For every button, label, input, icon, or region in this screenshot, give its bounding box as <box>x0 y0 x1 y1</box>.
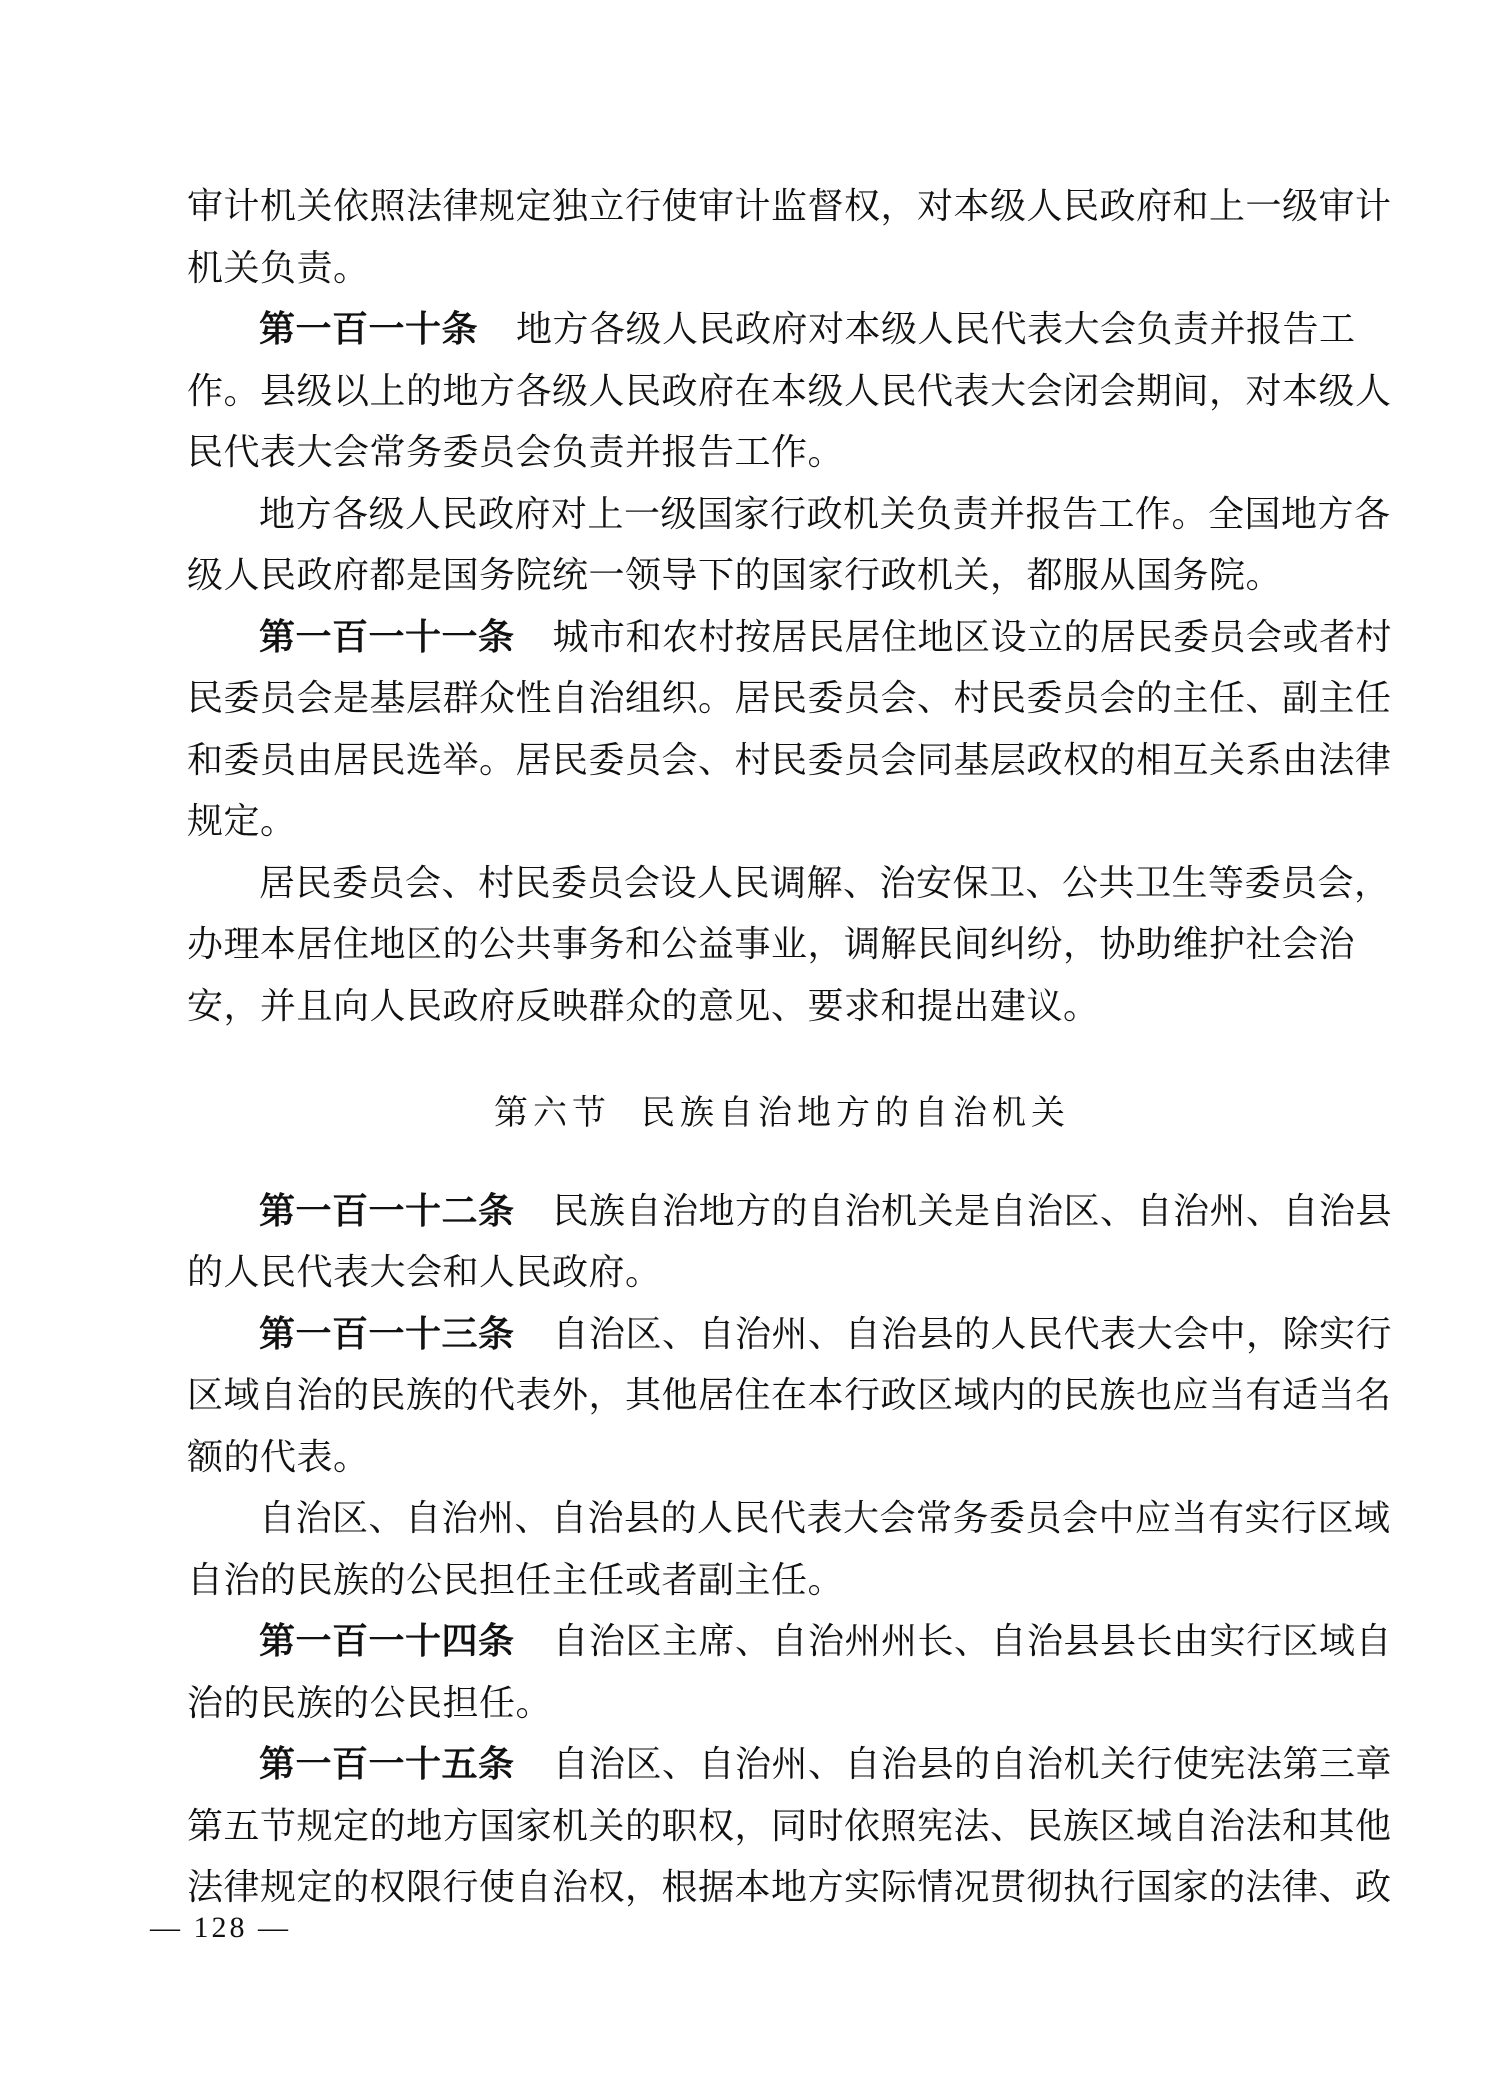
paragraph-line: 作。县级以上的地方各级人民政府在本级人民代表大会闭会期间，对本级人 <box>187 361 1377 423</box>
paragraph-line: 自治区、自治州、自治县的人民代表大会常务委员会中应当有实行区域 <box>187 1488 1377 1550</box>
paragraph-line: 第一百一十条地方各级人民政府对本级人民代表大会负责并报告工 <box>187 299 1377 361</box>
line-text: 地方各级人民政府对上一级国家行政机关负责并报告工作。全国地方各 <box>259 494 1391 534</box>
paragraph-line: 第一百一十一条城市和农村按居民居住地区设立的居民委员会或者村 <box>187 607 1377 669</box>
line-text: 自治区、自治州、自治县的人民代表大会中，除实行 <box>553 1314 1393 1354</box>
paragraph-line: 办理本居住地区的公共事务和公益事业，调解民间纠纷，协助维护社会治 <box>187 914 1377 976</box>
line-text: 治的民族的公民担任。 <box>187 1683 552 1723</box>
article-number: 第一百一十五条 <box>259 1744 515 1784</box>
line-text: 审计机关依照法律规定独立行使审计监督权，对本级人民政府和上一级审计 <box>187 186 1392 226</box>
paragraph-line: 和委员由居民选举。居民委员会、村民委员会同基层政权的相互关系由法律 <box>187 730 1377 792</box>
paragraph-line: 安，并且向人民政府反映群众的意见、要求和提出建议。 <box>187 976 1377 1038</box>
line-text: 额的代表。 <box>187 1437 370 1477</box>
line-text: 民代表大会常务委员会负责并报告工作。 <box>187 432 844 472</box>
line-text: 第五节规定的地方国家机关的职权，同时依照宪法、民族区域自治法和其他 <box>187 1806 1392 1846</box>
line-text: 和委员由居民选举。居民委员会、村民委员会同基层政权的相互关系由法律 <box>187 740 1392 780</box>
line-text: 自治区主席、自治州州长、自治县县长由实行区域自 <box>553 1621 1393 1661</box>
line-text: 自治的民族的公民担任主任或者副主任。 <box>187 1560 844 1600</box>
paragraph-line: 级人民政府都是国务院统一领导下的国家行政机关，都服从国务院。 <box>187 545 1377 607</box>
line-text: 城市和农村按居民居住地区设立的居民委员会或者村 <box>553 617 1393 657</box>
article-number: 第一百一十三条 <box>259 1314 515 1354</box>
paragraph-line: 民委员会是基层群众性自治组织。居民委员会、村民委员会的主任、副主任 <box>187 668 1377 730</box>
text-block: 审计机关依照法律规定独立行使审计监督权，对本级人民政府和上一级审计 机关负责。 … <box>187 176 1377 1919</box>
line-text: 级人民政府都是国务院统一领导下的国家行政机关，都服从国务院。 <box>187 555 1282 595</box>
line-text: 机关负责。 <box>187 248 370 288</box>
section-title: 民族自治地方的自治机关 <box>641 1095 1070 1132</box>
paragraph-line: 机关负责。 <box>187 238 1377 300</box>
paragraph-line: 区域自治的民族的代表外，其他居住在本行政区域内的民族也应当有适当名 <box>187 1365 1377 1427</box>
article-number: 第一百一十条 <box>259 309 478 349</box>
paragraph-line: 居民委员会、村民委员会设人民调解、治安保卫、公共卫生等委员会， <box>187 853 1377 915</box>
section-number: 第六节 <box>494 1095 611 1132</box>
paragraph-line: 规定。 <box>187 791 1377 853</box>
paragraph-line: 第一百一十二条民族自治地方的自治机关是自治区、自治州、自治县 <box>187 1181 1377 1243</box>
paragraph-line: 第一百一十五条自治区、自治州、自治县的自治机关行使宪法第三章 <box>187 1734 1377 1796</box>
line-text: 的人民代表大会和人民政府。 <box>187 1252 662 1292</box>
article-number: 第一百一十四条 <box>259 1621 515 1661</box>
line-text: 安，并且向人民政府反映群众的意见、要求和提出建议。 <box>187 986 1100 1026</box>
line-text: 民族自治地方的自治机关是自治区、自治州、自治县 <box>553 1191 1393 1231</box>
paragraph-line: 第一百一十四条自治区主席、自治州州长、自治县县长由实行区域自 <box>187 1611 1377 1673</box>
paragraph-line: 地方各级人民政府对上一级国家行政机关负责并报告工作。全国地方各 <box>187 484 1377 546</box>
paragraph-line: 法律规定的权限行使自治权，根据本地方实际情况贯彻执行国家的法律、政 <box>187 1857 1377 1919</box>
line-text: 作。县级以上的地方各级人民政府在本级人民代表大会闭会期间，对本级人 <box>187 371 1392 411</box>
paragraph-line: 民代表大会常务委员会负责并报告工作。 <box>187 422 1377 484</box>
line-text: 自治区、自治州、自治县的自治机关行使宪法第三章 <box>553 1744 1393 1784</box>
line-text: 民委员会是基层群众性自治组织。居民委员会、村民委员会的主任、副主任 <box>187 678 1392 718</box>
line-text: 区域自治的民族的代表外，其他居住在本行政区域内的民族也应当有适当名 <box>187 1375 1392 1415</box>
line-text: 法律规定的权限行使自治权，根据本地方实际情况贯彻执行国家的法律、政 <box>187 1867 1392 1907</box>
line-text: 居民委员会、村民委员会设人民调解、治安保卫、公共卫生等委员会， <box>259 863 1391 903</box>
line-text: 办理本居住地区的公共事务和公益事业，调解民间纠纷，协助维护社会治 <box>187 924 1355 964</box>
paragraph-line: 治的民族的公民担任。 <box>187 1673 1377 1735</box>
paragraph-line: 第一百一十三条自治区、自治州、自治县的人民代表大会中，除实行 <box>187 1304 1377 1366</box>
article-number: 第一百一十二条 <box>259 1191 515 1231</box>
document-page: 审计机关依照法律规定独立行使审计监督权，对本级人民政府和上一级审计 机关负责。 … <box>0 0 1488 2090</box>
section-heading: 第六节民族自治地方的自治机关 <box>187 1083 1377 1145</box>
page-number: — 128 — <box>150 1908 291 1948</box>
line-text: 规定。 <box>187 801 297 841</box>
paragraph-line: 自治的民族的公民担任主任或者副主任。 <box>187 1550 1377 1612</box>
line-text: 自治区、自治州、自治县的人民代表大会常务委员会中应当有实行区域 <box>259 1498 1391 1538</box>
line-text: 地方各级人民政府对本级人民代表大会负责并报告工 <box>516 309 1356 349</box>
paragraph-line: 第五节规定的地方国家机关的职权，同时依照宪法、民族区域自治法和其他 <box>187 1796 1377 1858</box>
paragraph-line: 额的代表。 <box>187 1427 1377 1489</box>
paragraph-line: 审计机关依照法律规定独立行使审计监督权，对本级人民政府和上一级审计 <box>187 176 1377 238</box>
paragraph-line: 的人民代表大会和人民政府。 <box>187 1242 1377 1304</box>
article-number: 第一百一十一条 <box>259 617 515 657</box>
